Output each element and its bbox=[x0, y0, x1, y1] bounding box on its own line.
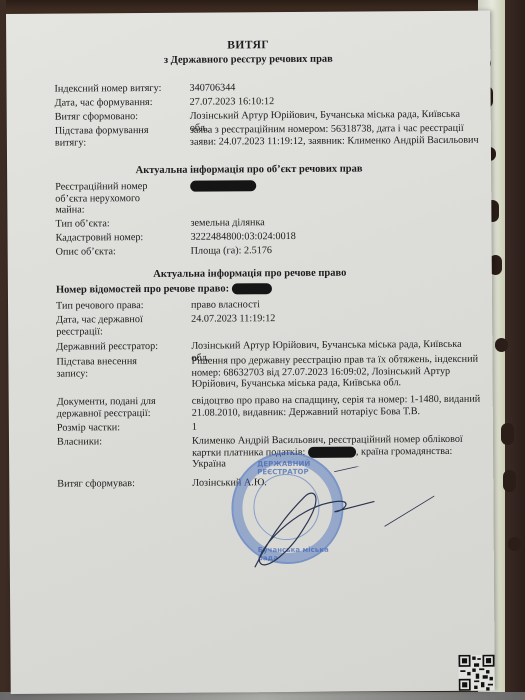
field-generated-date: Дата, час формування: 27.07.2023 16:10:1… bbox=[55, 95, 475, 98]
signature-icon bbox=[234, 466, 435, 577]
punch-hole bbox=[503, 470, 516, 492]
extract-document: ВИТЯГ з Державного реєстру речових прав … bbox=[6, 11, 495, 694]
document-title: ВИТЯГ bbox=[6, 38, 490, 53]
table-edge bbox=[0, 0, 6, 700]
document-subtitle: з Державного реєстру речових прав bbox=[6, 53, 490, 67]
redacted-value bbox=[308, 446, 356, 457]
qr-code-icon bbox=[458, 655, 494, 691]
redacted-value bbox=[190, 180, 256, 191]
field-cadastral-number: Кадастровий номер: 3222484800:03:024:001… bbox=[56, 230, 476, 233]
field-registration-date: Дата, час державної реєстрації: 24.07.20… bbox=[56, 312, 476, 315]
punch-hole bbox=[508, 537, 521, 551]
field-object-description: Опис об’єкта: Площа (га): 2.5176 bbox=[56, 244, 476, 247]
field-record-number: Номер відомостей про речове право: bbox=[56, 283, 272, 296]
field-registrar: Державний реєстратор: Лозінський Артур Ю… bbox=[56, 339, 476, 342]
field-generated-by: Витяг сформовано: Лозінський Артур Юрійо… bbox=[55, 109, 475, 112]
field-owners: Власники: Клименко Андрій Васильович, ре… bbox=[57, 434, 477, 437]
punch-hole bbox=[495, 338, 508, 352]
field-documents: Документи, подані для державної реєстрац… bbox=[57, 394, 477, 397]
right-section-title: Актуальна інформація про речове право bbox=[8, 267, 492, 281]
punch-hole bbox=[501, 423, 514, 445]
object-section-title: Актуальна інформація про об’єкт речових … bbox=[7, 163, 491, 177]
field-object-type: Тип об’єкта: земельна ділянка bbox=[55, 216, 475, 219]
field-share-size: Розмір частки: 1 bbox=[57, 420, 477, 423]
field-object-reg-number: Реєстраційний номер об’єкта нерухомого м… bbox=[55, 179, 475, 182]
table-surface-right bbox=[505, 0, 525, 700]
field-right-type: Тип речового права: право власності bbox=[56, 298, 476, 301]
field-index-number: Індексний номер витягу: 340706344 bbox=[54, 81, 474, 84]
redacted-value bbox=[232, 283, 272, 294]
